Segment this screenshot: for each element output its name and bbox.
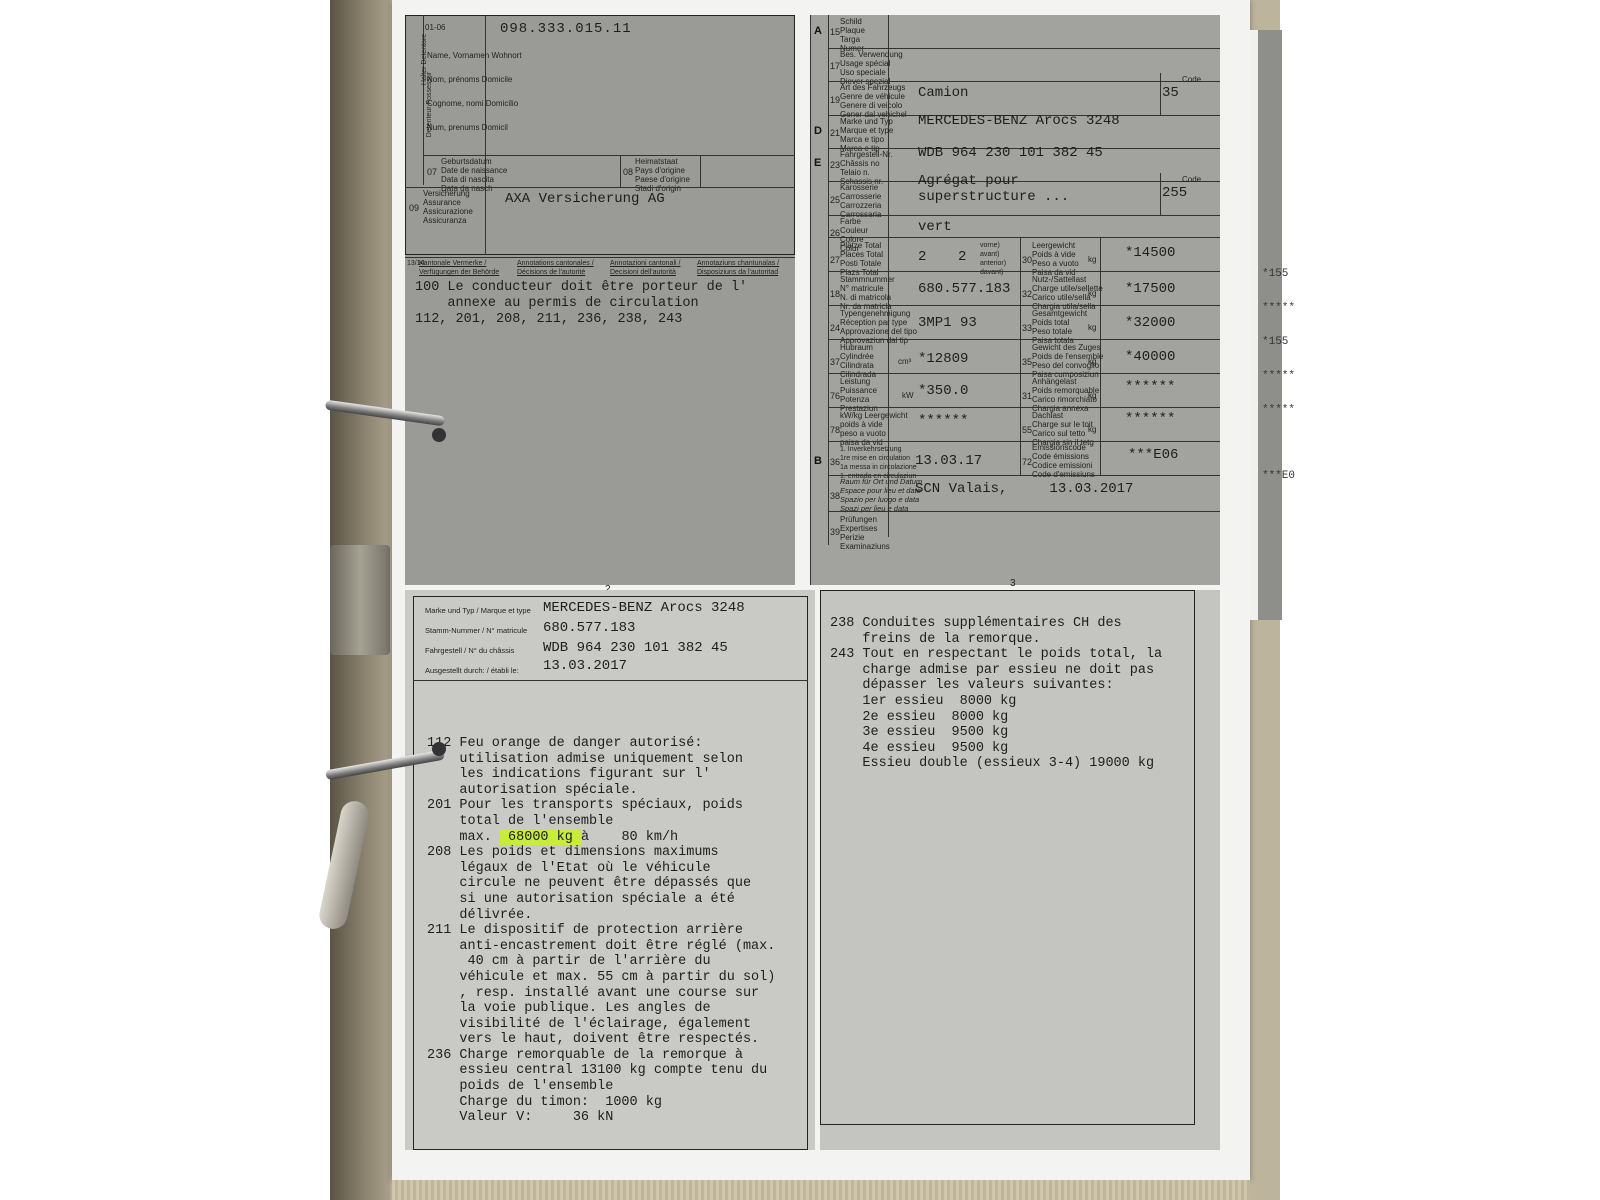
page1-right-section: A 15 SchildPlaqueTargaNumer 17 Bes. Verw… (810, 15, 1220, 585)
first-registration-value: 13.03.17 (915, 453, 982, 469)
total-weight-value: *32000 (1125, 315, 1175, 331)
power-value: *350.0 (918, 383, 968, 399)
matricule-value: 680.577.183 (918, 281, 1010, 297)
color-value: vert (918, 219, 952, 235)
page2-notes: 112 Feu orange de danger autorisé: utili… (427, 736, 775, 1126)
type-approval-value: 3MP1 93 (918, 315, 977, 331)
payload-value: *17500 (1125, 281, 1175, 297)
page2-make-value: MERCEDES-BENZ Arocs 3248 (543, 600, 745, 616)
vehicle-type-value: Camion (918, 85, 968, 101)
place-date-value: SCN Valais, 13.03.2017 (915, 481, 1133, 497)
insurance-value: AXA Versicherung AG (505, 191, 665, 207)
empty-weight-value: *14500 (1125, 245, 1175, 261)
page2-issued-value: 13.03.2017 (543, 658, 627, 674)
page3-section: 238 Conduites supplémentaires CH des fre… (820, 590, 1220, 1150)
page3-notes: 238 Conduites supplémentaires CH des fre… (830, 616, 1162, 772)
field-01-06-value: 098.333.015.11 (500, 21, 632, 37)
displacement-value: *12809 (918, 351, 968, 367)
make-model-value: MERCEDES-BENZ Arocs 3248 (918, 113, 1120, 129)
punch-hole-bottom (432, 742, 446, 756)
roof-load-value: ****** (1125, 411, 1175, 427)
power-weight-ratio-value: ****** (918, 413, 968, 429)
chassis-number-value: WDB 964 230 101 382 45 (918, 145, 1103, 161)
adjacent-sheet: *155 ***** *155 ***** ***** ***E0 (1250, 30, 1282, 620)
annotation-note: 100 Le conducteur doit être porteur de l… (415, 280, 747, 296)
combination-weight-value: *40000 (1125, 349, 1175, 365)
binder-mechanism (330, 545, 390, 655)
highlighted-max-weight: 68000 kg (500, 830, 581, 845)
binder-bottom-edge (392, 1180, 1250, 1200)
punch-hole-top (432, 428, 446, 442)
page2-chassis-value: WDB 964 230 101 382 45 (543, 640, 728, 656)
towing-load-value: ****** (1125, 379, 1175, 395)
page1-left-section: 01-06 098.333.015.11 Detenteur Possessur… (405, 15, 795, 585)
emission-code-value: ***E06 (1128, 447, 1178, 463)
page-number-3: 3 (1010, 578, 1016, 589)
page2-matricule-value: 680.577.183 (543, 620, 635, 636)
body-type-value: Agrégat pour superstructure ... (918, 173, 1069, 205)
page2-section: Marke und Typ / Marque et type MERCEDES-… (405, 590, 815, 1150)
